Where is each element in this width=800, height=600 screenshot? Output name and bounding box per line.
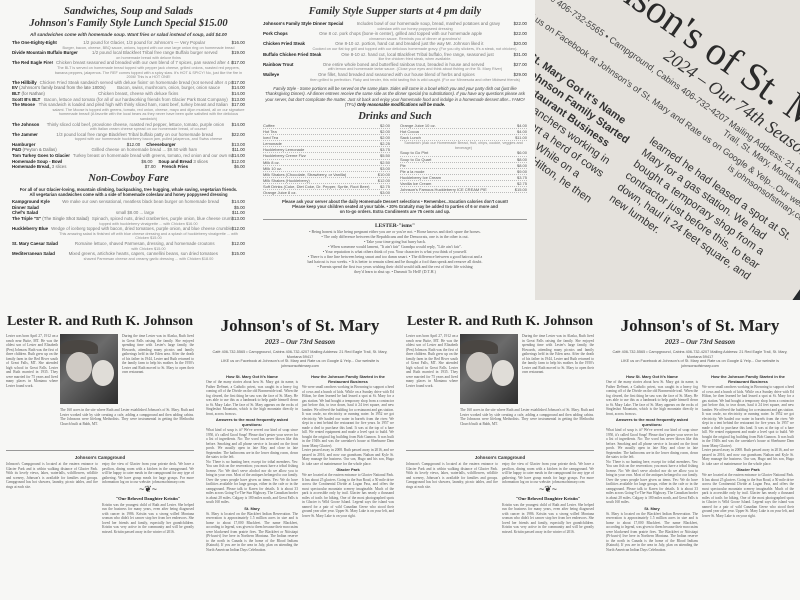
campground-title: Johnson's Campground xyxy=(6,455,194,460)
menu-item-desc: Spinach, spiced nuts, dried cranberries,… xyxy=(89,216,232,222)
menu-item-price: $12.00 xyxy=(232,226,245,232)
menu-item-desc: One fillet, hand breaded and seasoned wi… xyxy=(279,72,513,78)
divider xyxy=(6,450,194,451)
supper-title: Family Style Supper starts at 4 pm daily xyxy=(263,6,527,18)
sandwiches-menu-panel: Sandwiches, Soup and Salads Johnson's Fa… xyxy=(0,0,255,300)
menu-item-subtext: This amazing salad is finished off with … xyxy=(12,232,245,241)
drinks-title: Drinks and Such xyxy=(263,111,527,123)
menu-item-name: The Triple "S" (The Single Shot Salad) xyxy=(12,216,89,222)
menu-item-name: St. Mary Caesar Salad xyxy=(12,241,58,247)
menu-item: Mediterranean SaladMixed greens, articho… xyxy=(12,251,245,257)
menu-item-name: Divide Mountain Buffalo Burger xyxy=(12,50,78,56)
menu-item-price: $27.00 xyxy=(514,62,527,68)
menu-item-desc: 1/2 pound local Blackfeet Tribal free ra… xyxy=(78,50,232,56)
family-style-note: Family Style - Some portions will be ser… xyxy=(263,86,527,107)
divider xyxy=(406,450,594,451)
menu-item: St. Mary Caesar SaladRomaine lettuce, sh… xyxy=(12,241,245,247)
supper-list: Johnson's Family Style Dinner SpecialInc… xyxy=(263,21,527,82)
menu-item-name: Johnson's Family Style Dinner Special xyxy=(263,21,343,27)
menu-item-price: $29.00 xyxy=(514,72,527,78)
sandwich-extras-list: Hamburger$12.00Cheeseburger$13.00P&D (Pe… xyxy=(12,142,245,170)
sandwiches-title: Sandwiches, Soup and Salads xyxy=(12,6,245,18)
menu-item-subtext: The BLT is served on homemade bread topp… xyxy=(12,66,245,80)
info-panel-left: Johnson's of St. Mary 2023 – Our 73rd Se… xyxy=(200,300,400,600)
drink-item: Johnson's Famous Huckleberry ICE CREAM P… xyxy=(400,187,527,193)
menu-item-desc: Mixed greens, artichoke hearts, capers, … xyxy=(55,251,232,257)
menu-item: The MooseThis sandwich is loaded and pil… xyxy=(12,102,245,108)
menu-item: Huckleberry BlueWedge of iceberg topped … xyxy=(12,226,245,232)
menu-item-desc: Romaine lettuce, shaved Parmesan, dressi… xyxy=(58,241,232,247)
drinks-list: Coffee$2.00Hot Tea$2.00Iced Tea$2.00Lemo… xyxy=(263,123,527,196)
menu-item: Divide Mountain Buffalo Burger1/2 pound … xyxy=(12,50,245,56)
lester-ruth-photo xyxy=(60,334,118,404)
menu-item-price: $15.00 xyxy=(232,251,245,257)
menu-item-price: $16.00 xyxy=(232,40,245,46)
drink-item: Orange Juice 8 oz.$3.00 xyxy=(263,190,390,196)
menu-item-price: $17.00 xyxy=(232,102,245,108)
menu-item-subtext: salami. The Moose is topped with greens,… xyxy=(12,108,245,122)
menu-item-desc: Wedge of iceberg topped with bacon, drie… xyxy=(48,226,231,232)
menu-item-name: Buffalo Chicken Fried Steak xyxy=(263,52,321,58)
menu-item-subtext: shaved Parmesan cheese and creamy garlic… xyxy=(12,257,245,262)
supper-menu-panel: Family Style Supper starts at 4 pm daily… xyxy=(255,0,535,300)
menu-item-name: The Johnson xyxy=(12,122,39,128)
noncowboy-note-2: All vegetarian sandwiches come with a si… xyxy=(12,192,245,197)
drinks-left-column: Coffee$2.00Hot Tea$2.00Iced Tea$2.00Lemo… xyxy=(263,123,390,196)
menu-item: Homemade Bread, 3 slices$7.00French Frie… xyxy=(12,164,245,170)
menu-item-name: The Jammer xyxy=(12,132,38,138)
bio-panel-right: Lester R. and Ruth K. Johnson Lester was… xyxy=(400,300,600,600)
info-season: 2023 – Our 73rd Season xyxy=(206,338,394,346)
menu-item: Kampground KyleWe make our own sensation… xyxy=(12,199,245,205)
lester-isms-quotes: • Being honest is like being pregnant ei… xyxy=(263,229,527,275)
menu-photo: Johnson's of St. Mary 2024 – Our 74th Se… xyxy=(535,0,800,300)
menu-item: The Triple "S" (The Single Shot Salad)Sp… xyxy=(12,216,245,222)
menu-item-desc: 1/2 pound for Glacier, 1/3 pound for Joh… xyxy=(57,40,232,46)
menu-item-name: Walleye xyxy=(263,72,279,78)
sandwich-list: The One-Eighty-Eight1/2 pound for Glacie… xyxy=(12,40,245,142)
menu-item-name: Chicken Fried Steak xyxy=(263,41,305,47)
lester-ruth-photo xyxy=(460,334,518,404)
lester-isms-title: LESTER-"isms" xyxy=(263,219,527,229)
bio-body: Lester was born April 27, 1912 on a ranc… xyxy=(6,334,194,446)
bio-title: Lester R. and Ruth K. Johnson xyxy=(6,314,194,330)
menu-item: Pork ChopsOne 8 oz. pork chops (bone-in … xyxy=(263,31,527,37)
bio-panel-left: Lester R. and Ruth K. Johnson Lester was… xyxy=(0,300,200,600)
noncowboy-list: Kampground KyleWe make our own sensation… xyxy=(12,199,245,261)
menu-paper-photo: Johnson's of St. Mary 2024 – Our 74th Se… xyxy=(535,0,800,300)
menu-item-name: The Moose xyxy=(12,102,35,108)
menu-item-price: $14.00 xyxy=(232,122,245,128)
menu-item-desc: This sandwich is loaded and piled high w… xyxy=(35,102,232,108)
menu-item-name: The Red Eagle Fire! xyxy=(12,60,53,66)
menu-item-name: Mediterranean Salad xyxy=(12,251,55,257)
sandwiches-note: All sandwiches come with homemade soup. … xyxy=(12,32,245,37)
menu-item-desc: Includes bowl of our homemade soup, brea… xyxy=(343,21,513,27)
menu-item: WalleyeOne fillet, hand breaded and seas… xyxy=(263,72,527,78)
menu-item-name: The One-Eighty-Eight xyxy=(12,40,57,46)
info-contact: Café 406-732-5565 • Campground, Cabins 4… xyxy=(206,350,394,368)
drinks-footer: Please ask your server about the daily H… xyxy=(263,199,527,215)
menu-item-desc: We make our own sensational, meatless bl… xyxy=(50,199,232,205)
info-panel-right: Johnson's of St. Mary 2023 – Our 73rd Se… xyxy=(600,300,800,600)
menu-item-subtext: then grilled to perfection. Flaky and te… xyxy=(263,78,527,83)
menu-item-price: $22.00 xyxy=(514,31,527,37)
menu-item-price: $13.00 xyxy=(232,216,245,222)
info-title: Johnson's of St. Mary xyxy=(206,316,394,336)
menu-item: Johnson's Family Style Dinner SpecialInc… xyxy=(263,21,527,27)
noncowboy-title: Non-Cowboy Fare xyxy=(12,173,245,185)
flourish-divider-icon: ~❦~ xyxy=(502,485,594,494)
beloved-daughter-title: "Our Beloved Daughter Kristin" xyxy=(102,496,194,501)
drinks-right-column: Orange Juice 10 oz.$4.00Hot Cocoa$4.00Sa… xyxy=(400,123,527,196)
menu-item-price: $19.00 xyxy=(232,50,245,56)
menu-item-price: $22.00 xyxy=(232,132,245,138)
menu-item-name: Pork Chops xyxy=(263,31,288,37)
lunch-special-title: Johnson's Family Style Lunch Special $15… xyxy=(12,18,245,30)
menu-item-price: $22.00 xyxy=(514,21,527,27)
menu-item-desc: One 8 oz. pork chops (bone-in center), g… xyxy=(288,31,514,37)
menu-item-price: $31.00 xyxy=(514,52,527,58)
menu-item: The One-Eighty-Eight1/2 pound for Glacie… xyxy=(12,40,245,46)
lester-quote-line: they'd learn to shut up. • Dammit To Hel… xyxy=(263,269,527,274)
flourish-divider-icon: ~❦~ xyxy=(102,485,194,494)
menu-item-name: Huckleberry Blue xyxy=(12,226,48,232)
menu-item-name: Rainbow Trout xyxy=(263,62,294,68)
menu-item-price: $12.00 xyxy=(232,241,245,247)
